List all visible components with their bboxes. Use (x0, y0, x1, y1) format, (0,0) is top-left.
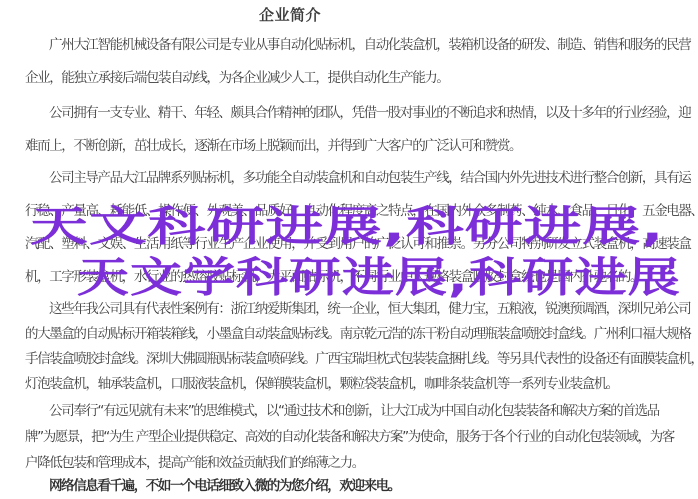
text-line: 的大墨盒的自动贴标开箱装箱线，小墨盒自动装盒贴标线。南京乾元浩的冻干粉自动理瓶装… (25, 322, 690, 347)
text-line: 公司奉行“有远见就有未来”的思维模式，以“通过技术和创新，让大江成为中国自动化包… (25, 398, 690, 424)
text-line: 灯泡装盒机，轴承装盒机，口服液装盒机，保鲜膜装盒机，颗粒袋装盒机，咖啡条装盒机等… (25, 372, 690, 397)
cases-paragraph: 这些年我公司具有代表性案例有：浙江纳爱斯集团，统一企业，恒大集团，健力宝，五粮液… (25, 297, 690, 397)
company-intro-paragraph: 广州大江智能机械设备有限公司是专业从事自动化贴标机，自动化装盒机，装箱机设备的研… (25, 29, 690, 95)
text-line: 企业，能独立承接后端包装自动线，为各企业减少人工，提供自动化生产能力。 (25, 62, 690, 95)
document-page: 企业简介 广州大江智能机械设备有限公司是专业从事自动化贴标机，自动化装盒机，装箱… (0, 0, 698, 499)
text-line: 公司拥有一支专业、精干、年轻、颇具合作精神的团队，凭借一股对事业的不断追求和热情… (25, 97, 690, 130)
team-paragraph: 公司拥有一支专业、精干、年轻、颇具合作精神的团队，凭借一股对事业的不断追求和热情… (25, 97, 690, 163)
contact-invitation-line: 网络信息看千遍，不如一个电话细致入微的为您介绍，欢迎来电。 (25, 477, 690, 495)
text-line: 公司主导产品大江品牌系列贴标机，多功能全自动装盒机和自动包装生产线，结合国内外先… (25, 162, 690, 195)
text-line: 难而上，不断创新，茁壮成长，逐渐在市场上脱颖而出，并得到广大客户的广泛认可和赞赏… (25, 130, 690, 163)
watermark-text-line1: 天文科研进展,科研进展, (30, 206, 664, 248)
text-line: 手信装盒喷胶封盒线。深圳大佛圆瓶贴标装盒喷码线。广西宝瑞坦枕式包装装盒捆扎线。等… (25, 347, 690, 372)
text-line: 广州大江智能机械设备有限公司是专业从事自动化贴标机，自动化装盒机，装箱机设备的研… (25, 29, 690, 62)
page-title: 企业简介 (259, 5, 321, 25)
text-line: 牌”为愿景，把“为生 产型企业提供稳定、高效的自动化装备和解决方案”为使命，服务… (25, 424, 690, 450)
mission-paragraph: 公司奉行“有远见就有未来”的思维模式，以“通过技术和创新，让大江成为中国自动化包… (25, 398, 690, 476)
text-line: 户降低包装和管理成本，提高产能和效益贡献我们的绵薄之力。 (25, 450, 690, 476)
watermark-text-line2: 天文学科研进展,科研进展 (77, 257, 681, 299)
text-line: 网络信息看千遍，不如一个电话细致入微的为您介绍，欢迎来电。 (25, 477, 690, 495)
